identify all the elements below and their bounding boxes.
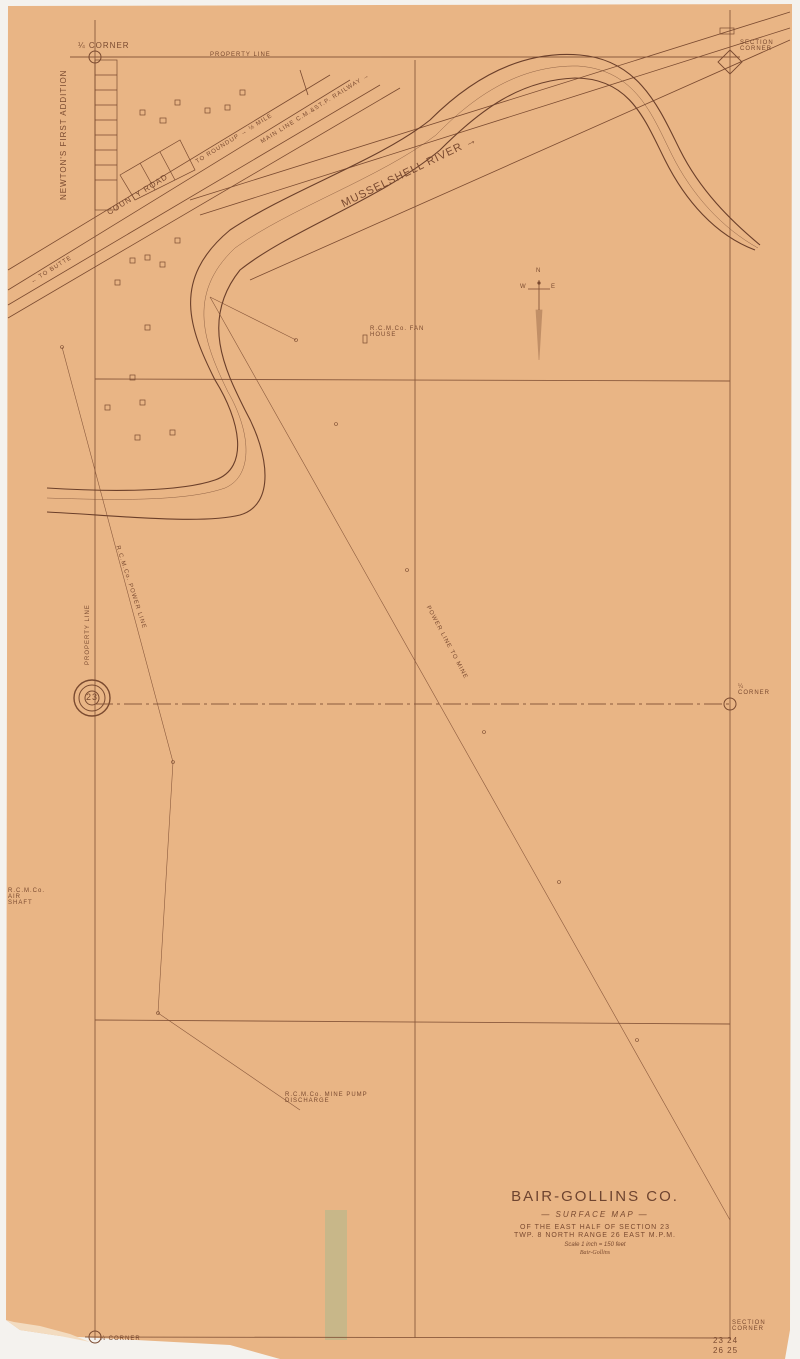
map-title: BAIR-GOLLINS CO. bbox=[490, 1188, 700, 1206]
compass-e-label: E bbox=[551, 284, 556, 290]
map-description-line1: OF THE EAST HALF OF SECTION 23 bbox=[490, 1224, 700, 1232]
air-shaft-label: R.C.M.Co. AIR SHAFT bbox=[8, 888, 48, 906]
map-signature: Bair-Gollins bbox=[490, 1250, 700, 1257]
tape-strip bbox=[325, 1210, 347, 1340]
property-line-top-label: PROPERTY LINE bbox=[210, 52, 271, 58]
compass-n-label: N bbox=[536, 268, 541, 274]
section-numbers-top: 23 24 bbox=[713, 1337, 738, 1345]
property-line-left-label: PROPERTY LINE bbox=[85, 604, 91, 665]
quarter-corner-bottom-label: ¼ CORNER bbox=[100, 1336, 141, 1342]
quarter-corner-top-label: ¼ CORNER bbox=[78, 42, 130, 50]
section-corner-top-label: SECTION CORNER bbox=[740, 40, 780, 52]
section-numbers-bottom: 26 25 bbox=[713, 1347, 738, 1355]
newtons-addition-label: NEWTON'S FIRST ADDITION bbox=[60, 70, 68, 200]
title-block: BAIR-GOLLINS CO. — SURFACE MAP — OF THE … bbox=[490, 1188, 700, 1257]
section-number-seal: 23 bbox=[86, 693, 98, 702]
quarter-corner-right-label: ¼ CORNER bbox=[738, 684, 778, 696]
map-scale: Scale 1 inch = 150 feet bbox=[490, 1242, 700, 1249]
survey-map-sheet: ¼ CORNER PROPERTY LINE SECTION CORNER NE… bbox=[0, 0, 800, 1359]
mine-pump-label: R.C.M.Co. MINE PUMP DISCHARGE bbox=[285, 1092, 380, 1104]
map-subtitle: — SURFACE MAP — bbox=[490, 1210, 700, 1220]
section-corner-bottom-label: SECTION CORNER bbox=[732, 1320, 772, 1332]
map-description-line2: TWP. 8 NORTH RANGE 26 EAST M.P.M. bbox=[490, 1232, 700, 1240]
fan-house-label: R.C.M.Co. FAN HOUSE bbox=[370, 326, 430, 338]
compass-w-label: W bbox=[520, 284, 527, 290]
